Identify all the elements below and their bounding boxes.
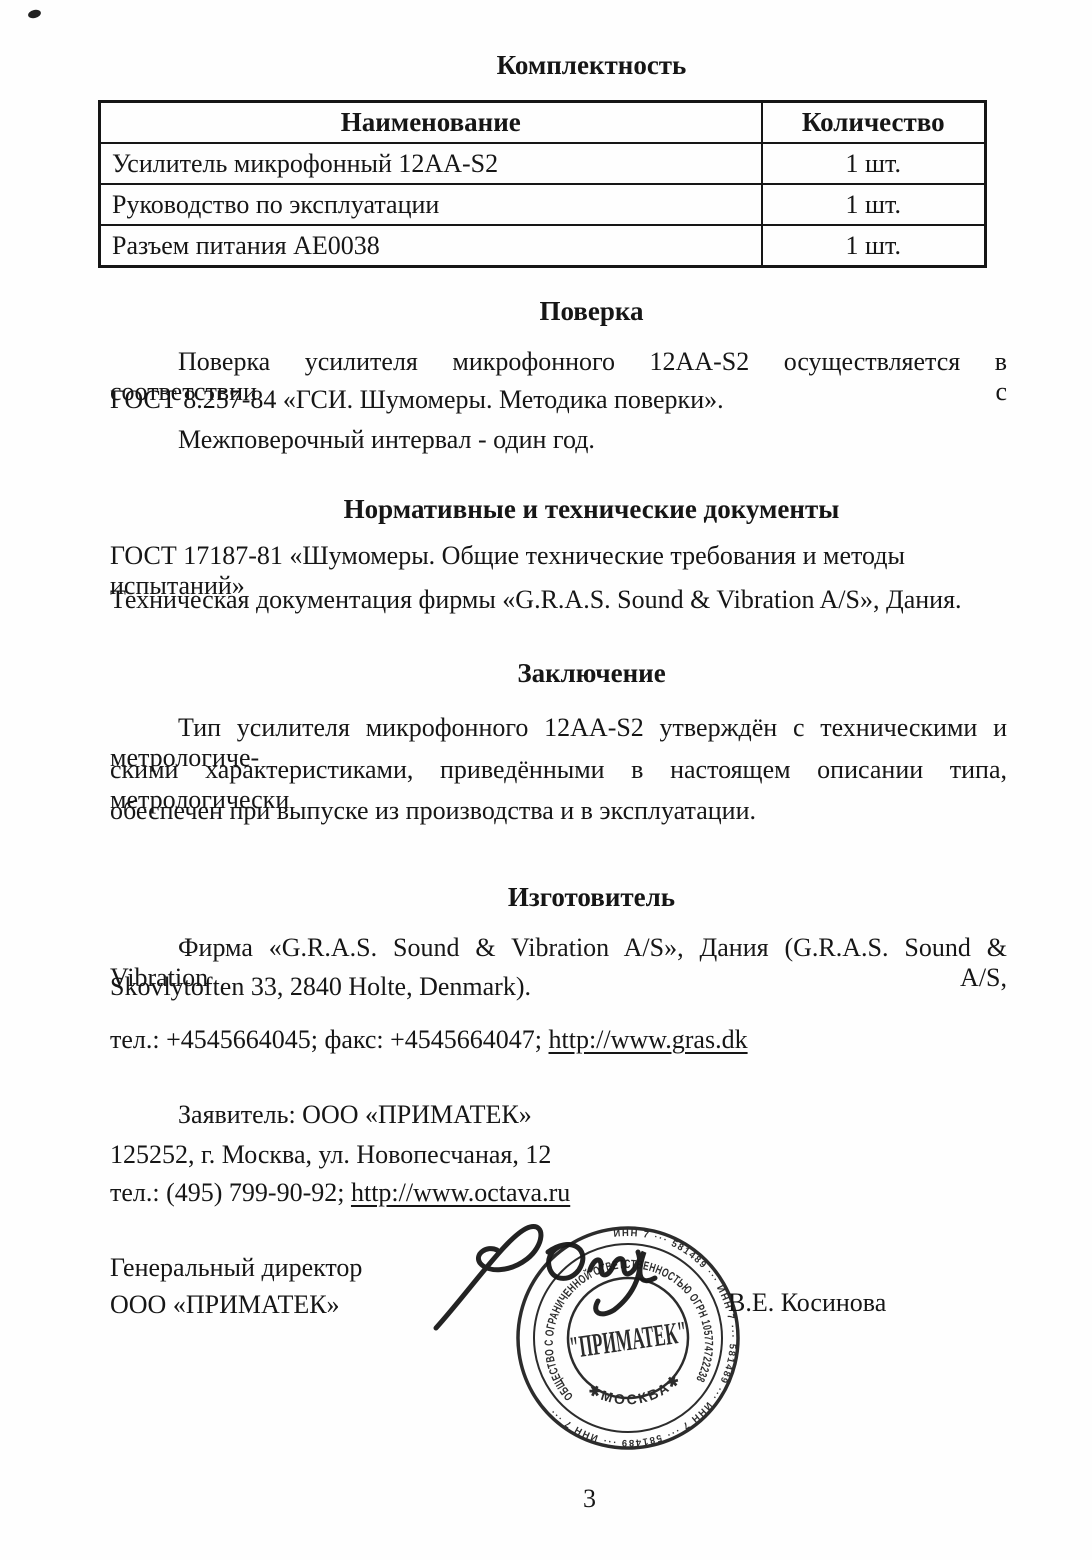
scanned-document-page: Комплектность Наименование Количество Ус…	[0, 0, 1092, 1560]
applicant-address-line: 125252, г. Москва, ул. Новопесчаная, 12	[110, 1140, 1007, 1170]
gras-website-link[interactable]: http://www.gras.dk	[549, 1025, 748, 1054]
verification-paragraph-line-2: ГОСТ 8.257-84 «ГСИ. Шумомеры. Методика п…	[110, 385, 1007, 415]
normative-line-tech: Техническая документация фирмы «G.R.A.S.…	[110, 585, 1007, 615]
conclusion-line-3: обеспечен при выпуске из производства и …	[110, 796, 1007, 826]
stamp-bottom-ring-text: ✱МОСКВА✱	[584, 1369, 687, 1414]
manufacturer-line-2: Skovlytoften 33, 2840 Holte, Denmark).	[110, 972, 1007, 1002]
handwritten-signature	[430, 1216, 680, 1341]
table-header-name: Наименование	[100, 102, 762, 144]
table-row: Руководство по эксплуатации 1 шт.	[100, 184, 986, 225]
table-header-qty: Количество	[762, 102, 986, 144]
verification-interval-line: Межповерочный интервал - один год.	[110, 425, 1007, 455]
applicant-intro-line: Заявитель: ООО «ПРИМАТЕК»	[110, 1100, 1007, 1130]
section-manufacturer-title: Изготовитель	[144, 882, 1039, 913]
table-row: Усилитель микрофонный 12AA-S2 1 шт.	[100, 143, 986, 184]
section-completeness-title: Комплектность	[144, 50, 1039, 81]
item-name-cell: Руководство по эксплуатации	[100, 184, 762, 225]
signer-name: В.Е. Косинова	[728, 1288, 886, 1318]
item-name-cell: Усилитель микрофонный 12AA-S2	[100, 143, 762, 184]
item-qty-cell: 1 шт.	[762, 184, 986, 225]
item-qty-cell: 1 шт.	[762, 225, 986, 267]
manufacturer-phone-fax-text: тел.: +4545664045; факс: +4545664047;	[110, 1025, 549, 1054]
section-normative-title: Нормативные и технические документы	[144, 494, 1039, 525]
completeness-table: Наименование Количество Усилитель микроф…	[98, 100, 987, 268]
scan-artifact-dot	[27, 9, 42, 20]
table-header-row: Наименование Количество	[100, 102, 986, 144]
item-qty-cell: 1 шт.	[762, 143, 986, 184]
section-verification-title: Поверка	[144, 296, 1039, 327]
applicant-contacts-line: тел.: (495) 799-90-92; http://www.octava…	[110, 1178, 1007, 1208]
section-conclusion-title: Заключение	[144, 658, 1039, 689]
applicant-phone-text: тел.: (495) 799-90-92;	[110, 1178, 351, 1207]
octava-website-link[interactable]: http://www.octava.ru	[351, 1178, 570, 1207]
item-name-cell: Разъем питания АЕ0038	[100, 225, 762, 267]
page-number: 3	[142, 1484, 1037, 1514]
manufacturer-contacts-line: тел.: +4545664045; факс: +4545664047; ht…	[110, 1025, 1007, 1055]
table-row: Разъем питания АЕ0038 1 шт.	[100, 225, 986, 267]
